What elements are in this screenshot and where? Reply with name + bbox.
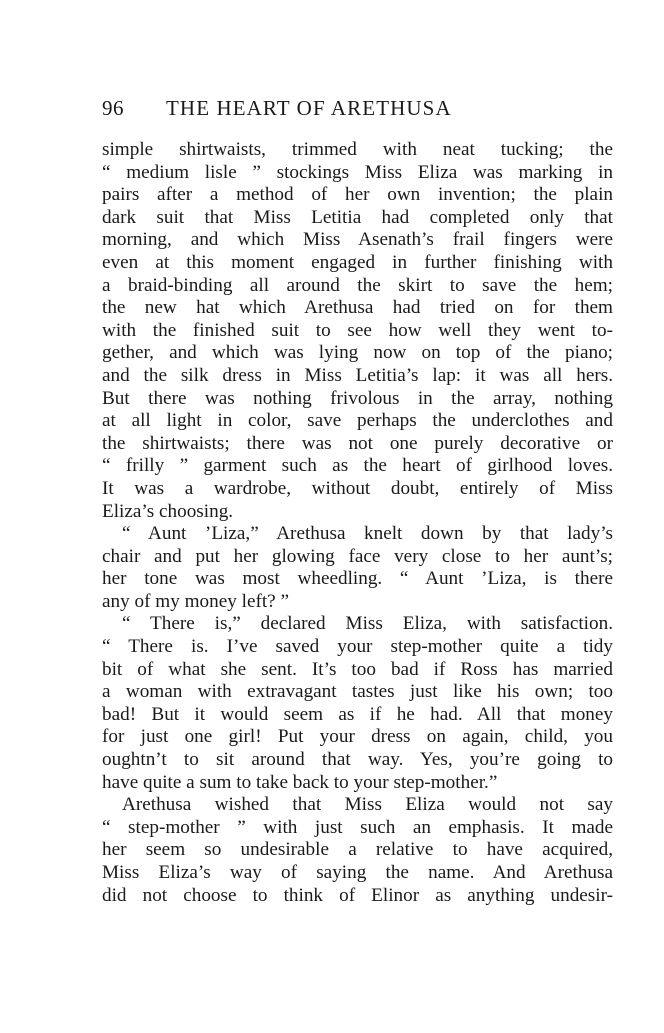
paragraph-start-line: “ There is,” declared Miss Eliza, with s… <box>102 613 613 636</box>
paragraph-end-line: any of my money left? ” <box>102 591 613 614</box>
running-header: 96 THE HEART OF ARETHUSA <box>102 96 613 126</box>
text-line: dark suit that Miss Letitia had complete… <box>102 207 613 230</box>
text-line: the shirtwaists; there was not one purel… <box>102 433 613 456</box>
text-line: the new hat which Arethusa had tried on … <box>102 297 613 320</box>
text-line: for just one girl! Put your dress on aga… <box>102 726 613 749</box>
text-line: pairs after a method of her own inventio… <box>102 184 613 207</box>
text-line: a woman with extravagant tastes just lik… <box>102 681 613 704</box>
book-page: 96 THE HEART OF ARETHUSA simple shirtwai… <box>102 96 613 907</box>
text-line: even at this moment engaged in further f… <box>102 252 613 275</box>
running-title: THE HEART OF ARETHUSA <box>166 96 452 121</box>
text-line: bit of what she sent. It’s too bad if Ro… <box>102 659 613 682</box>
paragraph-end-line: have quite a sum to take back to your st… <box>102 772 613 795</box>
text-line: chair and put her glowing face very clos… <box>102 546 613 569</box>
text-line: her seem so undesirable a relative to ha… <box>102 839 613 862</box>
text-line: “ There is. I’ve saved your step-mother … <box>102 636 613 659</box>
text-line: bad! But it would seem as if he had. All… <box>102 704 613 727</box>
text-line: a braid-binding all around the skirt to … <box>102 275 613 298</box>
paragraph-start-line: “ Aunt ’Liza,” Arethusa knelt down by th… <box>102 523 613 546</box>
text-line: “ frilly ” garment such as the heart of … <box>102 455 613 478</box>
text-line: Miss Eliza’s way of saying the name. And… <box>102 862 613 885</box>
text-line: “ medium lisle ” stockings Miss Eliza wa… <box>102 162 613 185</box>
paragraph-end-line: Eliza’s choosing. <box>102 501 613 524</box>
text-line: gether, and which was lying now on top o… <box>102 342 613 365</box>
text-line: oughtn’t to sit around that way. Yes, yo… <box>102 749 613 772</box>
text-line: simple shirtwaists, trimmed with neat tu… <box>102 139 613 162</box>
paragraph-start-line: Arethusa wished that Miss Eliza would no… <box>102 794 613 817</box>
text-line: with the finished suit to see how well t… <box>102 320 613 343</box>
text-line: morning, and which Miss Asenath’s frail … <box>102 229 613 252</box>
text-line: her tone was most wheedling. “ Aunt ’Liz… <box>102 568 613 591</box>
page-number: 96 <box>102 96 166 121</box>
text-line: and the silk dress in Miss Letitia’s lap… <box>102 365 613 388</box>
text-line: But there was nothing frivolous in the a… <box>102 388 613 411</box>
body-text: simple shirtwaists, trimmed with neat tu… <box>102 139 613 907</box>
text-line: did not choose to think of Elinor as any… <box>102 885 613 908</box>
text-line: at all light in color, save perhaps the … <box>102 410 613 433</box>
text-line: “ step-mother ” with just such an emphas… <box>102 817 613 840</box>
text-line: It was a wardrobe, without doubt, entire… <box>102 478 613 501</box>
